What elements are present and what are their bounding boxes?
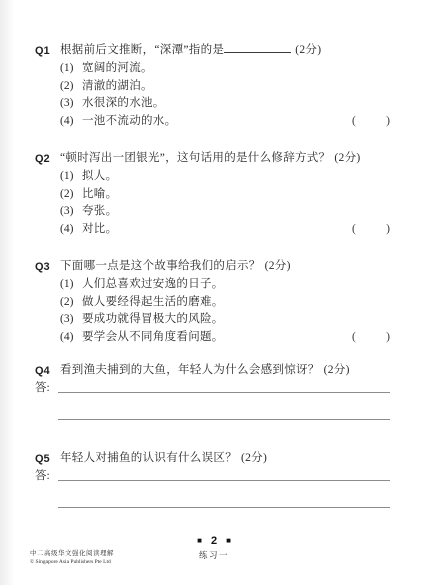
- option-number: (2): [60, 78, 82, 96]
- option-number: (1): [60, 168, 82, 186]
- question-number: Q5: [35, 449, 60, 468]
- question-stem-text: “顿时泻出一团银光”，这句话用的是什么修辞方式？: [60, 152, 330, 164]
- option-row: (3) 夸张。: [60, 203, 390, 221]
- option-row: (4) 对比。 (): [60, 221, 390, 239]
- question-number: Q3: [35, 257, 60, 276]
- bracket-close: ): [386, 113, 390, 131]
- answer-label: 答:: [35, 382, 58, 395]
- option-text: 比喻。: [82, 186, 117, 204]
- option-number: (1): [60, 276, 82, 294]
- option-number: (3): [60, 203, 82, 221]
- answer-line-1: [58, 470, 390, 481]
- bracket-open: (: [352, 329, 356, 347]
- options-list: (1) 宽阔的河流。 (2) 清澈的湖泊。 (3) 水很深的水池。 (4) 一池…: [60, 60, 390, 130]
- question-stem-row: Q3 下面哪一点是这个故事给我们的启示？(2分): [35, 257, 390, 276]
- option-text: 夸张。: [82, 203, 117, 221]
- option-text: 水很深的水池。: [82, 95, 165, 113]
- option-number: (3): [60, 311, 82, 329]
- answer-row: 答:: [35, 470, 390, 483]
- option-row: (1) 宽阔的河流。: [60, 60, 390, 78]
- option-text: 清澈的湖泊。: [82, 78, 153, 96]
- question-number: Q4: [35, 361, 60, 380]
- option-number: (3): [60, 95, 82, 113]
- question-stem-row: Q1 根据前后文推断，“深潭”指的是(2分): [35, 41, 390, 60]
- answer-line-2: [58, 395, 390, 420]
- question-stem-row: Q4 看到渔夫捕到的大鱼，年轻人为什么会感到惊讶？(2分): [35, 361, 390, 380]
- answer-row: 答:: [35, 382, 390, 395]
- option-number: (2): [60, 186, 82, 204]
- question-stem: “顿时泻出一团银光”，这句话用的是什么修辞方式？(2分): [60, 149, 390, 168]
- question-block-q3: Q3 下面哪一点是这个故事给我们的启示？(2分) (1) 人们总喜欢过安逸的日子…: [35, 257, 390, 346]
- option-text: 对比。: [82, 221, 117, 239]
- question-number: Q2: [35, 149, 60, 168]
- option-text: 做人要经得起生活的磨难。: [82, 294, 224, 312]
- bracket-open: (: [352, 221, 356, 239]
- option-number: (4): [60, 221, 82, 239]
- book-title: 中二高级华文强化阅读理解: [30, 550, 114, 558]
- option-text: 一池不流动的水。: [82, 113, 176, 131]
- option-number: (1): [60, 60, 82, 78]
- option-text: 要学会从不同角度看问题。: [82, 329, 224, 347]
- answer-line-1: [58, 382, 390, 393]
- marks-label: (2分): [334, 152, 360, 164]
- question-block-q5: Q5 年轻人对捕鱼的认识有什么误区？(2分) 答:: [35, 449, 390, 508]
- option-row: (3) 水很深的水池。: [60, 95, 390, 113]
- option-text: 人们总喜欢过安逸的日子。: [82, 276, 224, 294]
- question-stem: 下面哪一点是这个故事给我们的启示？(2分): [60, 257, 390, 276]
- bracket-close: ): [386, 329, 390, 347]
- option-number: (2): [60, 294, 82, 312]
- bracket-close: ): [386, 221, 390, 239]
- option-row: (3) 要成功就得冒极大的风险。: [60, 311, 390, 329]
- fill-in-blank-line: [224, 42, 291, 53]
- square-icon: ■: [197, 537, 202, 545]
- publisher-imprint: 中二高级华文强化阅读理解 © Singapore Asia Publishers…: [30, 550, 114, 566]
- marks-label: (2分): [324, 364, 350, 376]
- option-text: 要成功就得冒极大的风险。: [82, 311, 224, 329]
- question-block-q4: Q4 看到渔夫捕到的大鱼，年轻人为什么会感到惊讶？(2分) 答:: [35, 361, 390, 420]
- question-stem-row: Q2 “顿时泻出一团银光”，这句话用的是什么修辞方式？(2分): [35, 149, 390, 168]
- option-text: 拟人。: [82, 168, 117, 186]
- marks-label: (2分): [241, 452, 267, 464]
- question-number: Q1: [35, 41, 60, 60]
- option-number: (4): [60, 329, 82, 347]
- answer-label: 答:: [35, 470, 58, 483]
- question-stem-text: 年轻人对捕鱼的认识有什么误区？: [60, 452, 237, 464]
- bracket-open: (: [352, 113, 356, 131]
- options-list: (1) 拟人。 (2) 比喻。 (3) 夸张。 (4) 对比。 (): [60, 168, 390, 238]
- copyright-line: © Singapore Asia Publishers Pte Ltd: [30, 558, 114, 566]
- option-row: (2) 清澈的湖泊。: [60, 78, 390, 96]
- question-stem-text: 看到渔夫捕到的大鱼，年轻人为什么会感到惊讶？: [60, 364, 320, 376]
- questions-area: Q1 根据前后文推断，“深潭”指的是(2分) (1) 宽阔的河流。 (2) 清澈…: [35, 41, 390, 537]
- page-number-marker: ■ 2 ■: [0, 535, 428, 547]
- options-list: (1) 人们总喜欢过安逸的日子。 (2) 做人要经得起生活的磨难。 (3) 要成…: [60, 276, 390, 346]
- option-row: (2) 比喻。: [60, 186, 390, 204]
- question-stem: 根据前后文推断，“深潭”指的是(2分): [60, 41, 390, 60]
- answer-bracket: (): [352, 329, 390, 347]
- question-stem-row: Q5 年轻人对捕鱼的认识有什么误区？(2分): [35, 449, 390, 468]
- question-stem: 看到渔夫捕到的大鱼，年轻人为什么会感到惊讶？(2分): [60, 361, 390, 380]
- question-stem: 年轻人对捕鱼的认识有什么误区？(2分): [60, 449, 390, 468]
- marks-label: (2分): [265, 260, 291, 272]
- question-block-q1: Q1 根据前后文推断，“深潭”指的是(2分) (1) 宽阔的河流。 (2) 清澈…: [35, 41, 390, 130]
- option-row: (1) 拟人。: [60, 168, 390, 186]
- option-text: 宽阔的河流。: [82, 60, 153, 78]
- option-row: (1) 人们总喜欢过安逸的日子。: [60, 276, 390, 294]
- option-row: (4) 要学会从不同角度看问题。 (): [60, 329, 390, 347]
- question-stem-text: 根据前后文推断，“深潭”指的是: [60, 44, 224, 56]
- answer-bracket: (): [352, 113, 390, 131]
- option-row: (4) 一池不流动的水。 (): [60, 113, 390, 131]
- option-number: (4): [60, 113, 82, 131]
- question-stem-text: 下面哪一点是这个故事给我们的启示？: [60, 260, 261, 272]
- option-row: (2) 做人要经得起生活的磨难。: [60, 294, 390, 312]
- page-left-scan-shadow: [0, 0, 15, 585]
- marks-label: (2分): [295, 44, 321, 56]
- square-icon: ■: [226, 537, 231, 545]
- question-block-q2: Q2 “顿时泻出一团银光”，这句话用的是什么修辞方式？(2分) (1) 拟人。 …: [35, 149, 390, 238]
- answer-line-2: [58, 483, 390, 508]
- page-number: 2: [211, 535, 217, 547]
- answer-bracket: (): [352, 221, 390, 239]
- worksheet-page: Q1 根据前后文推断，“深潭”指的是(2分) (1) 宽阔的河流。 (2) 清澈…: [0, 0, 428, 585]
